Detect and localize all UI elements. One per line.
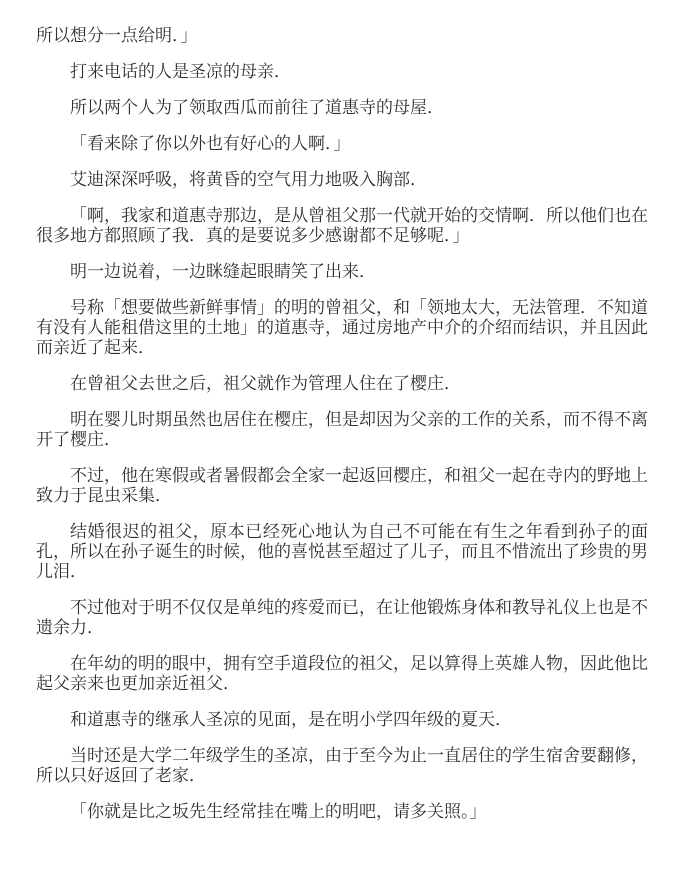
paragraph: 不过，他在寒假或者暑假都会全家一起返回樱庄，和祖父一起在寺内的野地上致力于昆虫采… xyxy=(36,466,648,506)
dialogue-paragraph: 「啊，我家和道惠寺那边，是从曾祖父那一代就开始的交情啊．所以他们也在很多地方都照… xyxy=(36,206,648,246)
paragraph: 明一边说着，一边眯缝起眼睛笑了出来． xyxy=(36,262,648,282)
paragraph: 在曾祖父去世之后，祖父就作为管理人住在了樱庄． xyxy=(36,374,648,394)
paragraph: 结婚很迟的祖父，原本已经死心地认为自己不可能在有生之年看到孙子的面孔，所以在孙子… xyxy=(36,522,648,582)
paragraph: 和道惠寺的继承人圣凉的见面，是在明小学四年级的夏天． xyxy=(36,710,648,730)
paragraph: 所以想分一点给明．」 xyxy=(36,26,648,46)
paragraph: 明在婴儿时期虽然也居住在樱庄，但是却因为父亲的工作的关系，而不得不离开了樱庄． xyxy=(36,410,648,450)
dialogue-paragraph: 「你就是比之坂先生经常挂在嘴上的明吧，请多关照。」 xyxy=(36,802,648,822)
paragraph: 艾迪深深呼吸，将黄昏的空气用力地吸入胸部． xyxy=(36,170,648,190)
paragraph: 打来电话的人是圣凉的母亲． xyxy=(36,62,648,82)
paragraph: 当时还是大学二年级学生的圣凉，由于至今为止一直居住的学生宿舍要翻修，所以只好返回… xyxy=(36,746,648,786)
document-page: 所以想分一点给明．」 打来电话的人是圣凉的母亲． 所以两个人为了领取西瓜而前往了… xyxy=(0,0,680,880)
paragraph: 不过他对于明不仅仅是单纯的疼爱而已，在让他锻炼身体和教导礼仪上也是不遗余力． xyxy=(36,598,648,638)
paragraph: 在年幼的明的眼中，拥有空手道段位的祖父，足以算得上英雄人物，因此他比起父亲来也更… xyxy=(36,654,648,694)
paragraph: 所以两个人为了领取西瓜而前往了道惠寺的母屋． xyxy=(36,98,648,118)
dialogue-paragraph: 「看来除了你以外也有好心的人啊．」 xyxy=(36,134,648,154)
paragraph: 号称「想要做些新鲜事情」的明的曾祖父，和「领地太大，无法管理．不知道有没有人能租… xyxy=(36,298,648,358)
